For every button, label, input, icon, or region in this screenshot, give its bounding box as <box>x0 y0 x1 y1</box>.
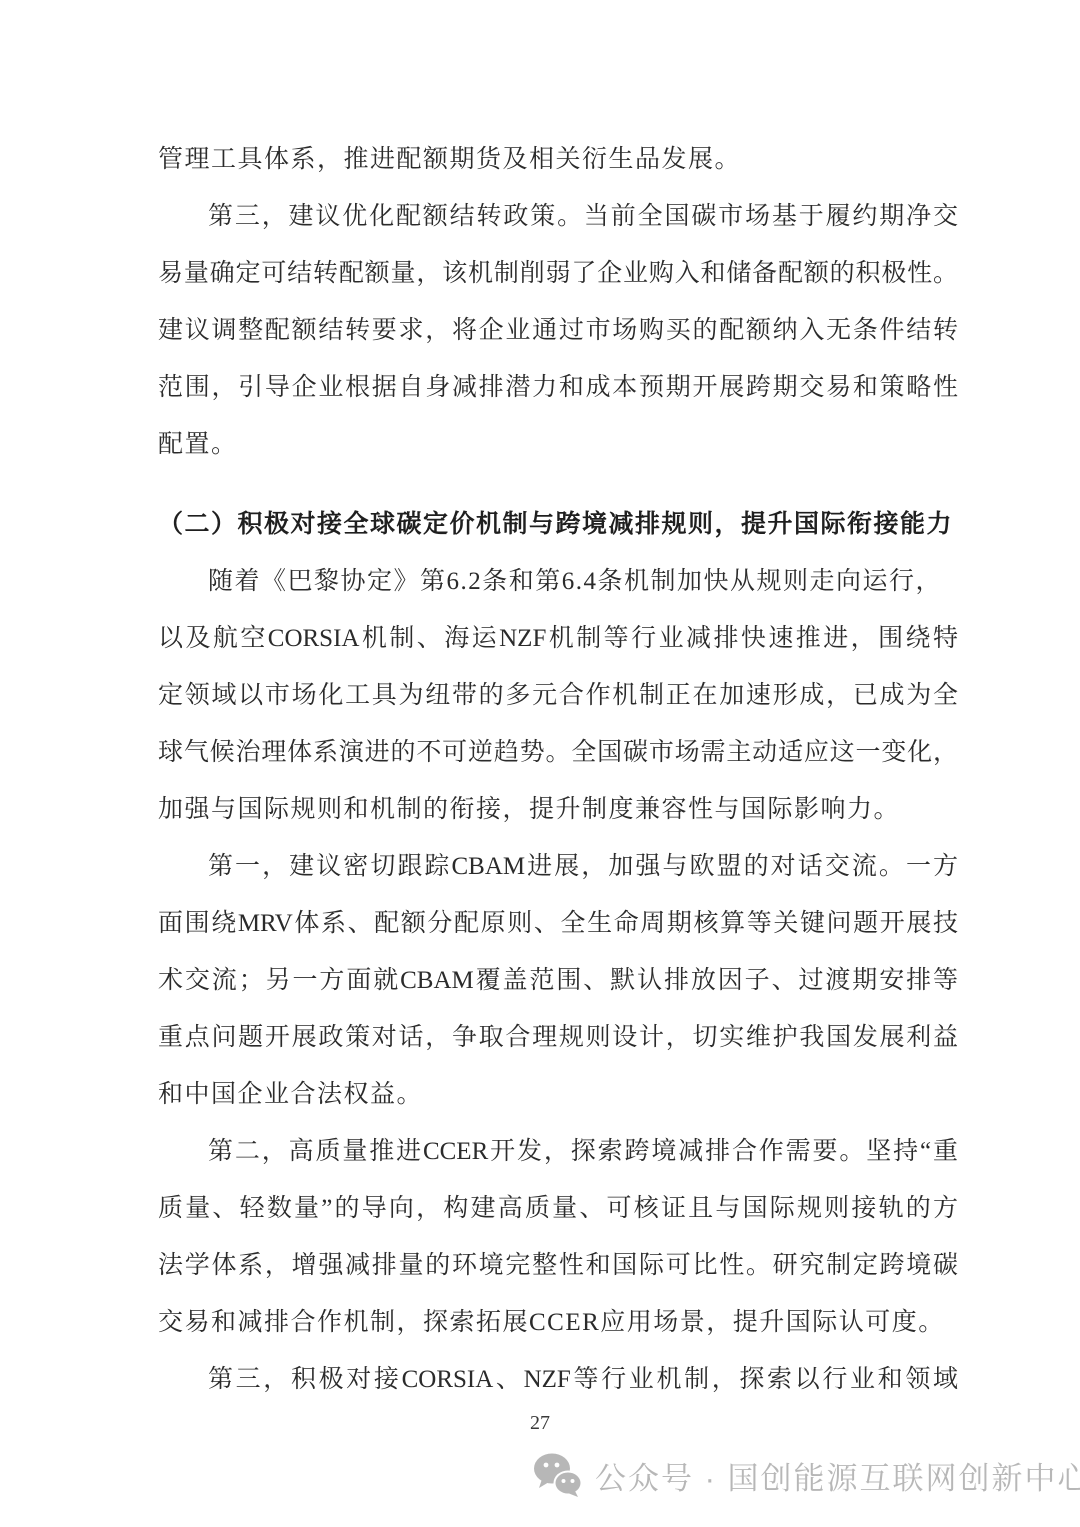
text-line: 定领域以市场化工具为纽带的多元合作机制正在加速形成，已成为全 <box>158 667 958 724</box>
text-line: 和中国企业合法权益。 <box>158 1066 958 1123</box>
text-line: 管理工具体系，推进配额期货及相关衍生品发展。 <box>158 131 958 188</box>
section-heading: （二）积极对接全球碳定价机制与跨境减排规则，提升国际衔接能力 <box>158 496 958 553</box>
text-line: 第三，建议优化配额结转政策。当前全国碳市场基于履约期净交 <box>158 188 958 245</box>
text-line: 法学体系，增强减排量的环境完整性和国际可比性。研究制定跨境碳 <box>158 1237 958 1294</box>
text-line: 球气候治理体系演进的不可逆趋势。全国碳市场需主动适应这一变化， <box>158 724 958 781</box>
footer-watermark-text: 公众号 · 国创能源互联网创新中心 <box>595 1453 1080 1498</box>
wechat-icon <box>533 1452 583 1498</box>
watermark-footer: 公众号 · 国创能源互联网创新中心 <box>533 1452 1080 1498</box>
text-line: 范围，引导企业根据自身减排潜力和成本预期开展跨期交易和策略性 <box>158 359 958 416</box>
document-text: 管理工具体系，推进配额期货及相关衍生品发展。 第三，建议优化配额结转政策。当前全… <box>158 131 958 1408</box>
text-line: 第三，积极对接CORSIA、NZF等行业机制，探索以行业和领域 <box>158 1351 958 1408</box>
text-line: 加强与国际规则和机制的衔接，提升制度兼容性与国际影响力。 <box>158 781 958 838</box>
text-line: 以及航空CORSIA机制、海运NZF机制等行业减排快速推进，围绕特 <box>158 610 958 667</box>
text-line: 第一，建议密切跟踪CBAM进展，加强与欧盟的对话交流。一方 <box>158 838 958 895</box>
page-number: 27 <box>0 1408 1080 1438</box>
text-line: 重点问题开展政策对话，争取合理规则设计，切实维护我国发展利益 <box>158 1009 958 1066</box>
text-line: 随着《巴黎协定》第6.2条和第6.4条机制加快从规则走向运行， <box>158 553 958 610</box>
document-page: 管理工具体系，推进配额期货及相关衍生品发展。 第三，建议优化配额结转政策。当前全… <box>0 0 1080 1527</box>
text-line: 建议调整配额结转要求，将企业通过市场购买的配额纳入无条件结转 <box>158 302 958 359</box>
text-line: 配置。 <box>158 416 958 473</box>
text-line: 面围绕MRV体系、配额分配原则、全生命周期核算等关键问题开展技 <box>158 895 958 952</box>
text-line: 质量、轻数量”的导向，构建高质量、可核证且与国际规则接轨的方 <box>158 1180 958 1237</box>
text-line: 第二，高质量推进CCER开发，探索跨境减排合作需要。坚持“重 <box>158 1123 958 1180</box>
text-line: 术交流；另一方面就CBAM覆盖范围、默认排放因子、过渡期安排等 <box>158 952 958 1009</box>
text-line: 易量确定可结转配额量，该机制削弱了企业购入和储备配额的积极性。 <box>158 245 958 302</box>
text-line: 交易和减排合作机制，探索拓展CCER应用场景，提升国际认可度。 <box>158 1294 958 1351</box>
